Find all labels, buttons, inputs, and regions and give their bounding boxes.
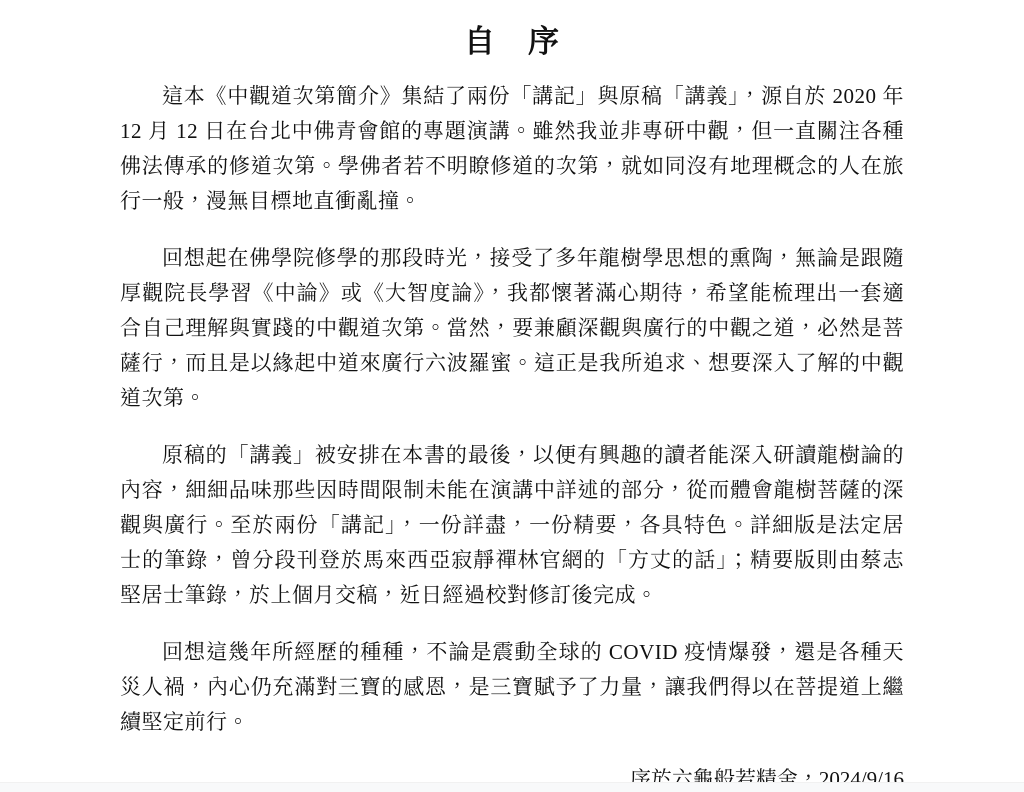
paragraph-3: 原稿的「講義」被安排在本書的最後，以便有興趣的讀者能深入研讀龍樹論的內容，細細品…	[120, 438, 904, 613]
paragraph-1: 這本《中觀道次第簡介》集結了兩份「講記」與原稿「講義」，源自於 2020 年 1…	[120, 79, 904, 219]
paragraph-4: 回想這幾年所經歷的種種，不論是震動全球的 COVID 疫情爆發，還是各種天災人禍…	[120, 635, 904, 740]
preface-page: 自 序 這本《中觀道次第簡介》集結了兩份「講記」與原稿「講義」，源自於 2020…	[0, 0, 1024, 792]
page-title: 自 序	[120, 20, 904, 64]
paragraph-2: 回想起在佛學院修學的那段時光，接受了多年龍樹學思想的熏陶，無論是跟隨厚觀院長學習…	[120, 241, 904, 416]
bottom-edge-strip	[0, 782, 1024, 792]
